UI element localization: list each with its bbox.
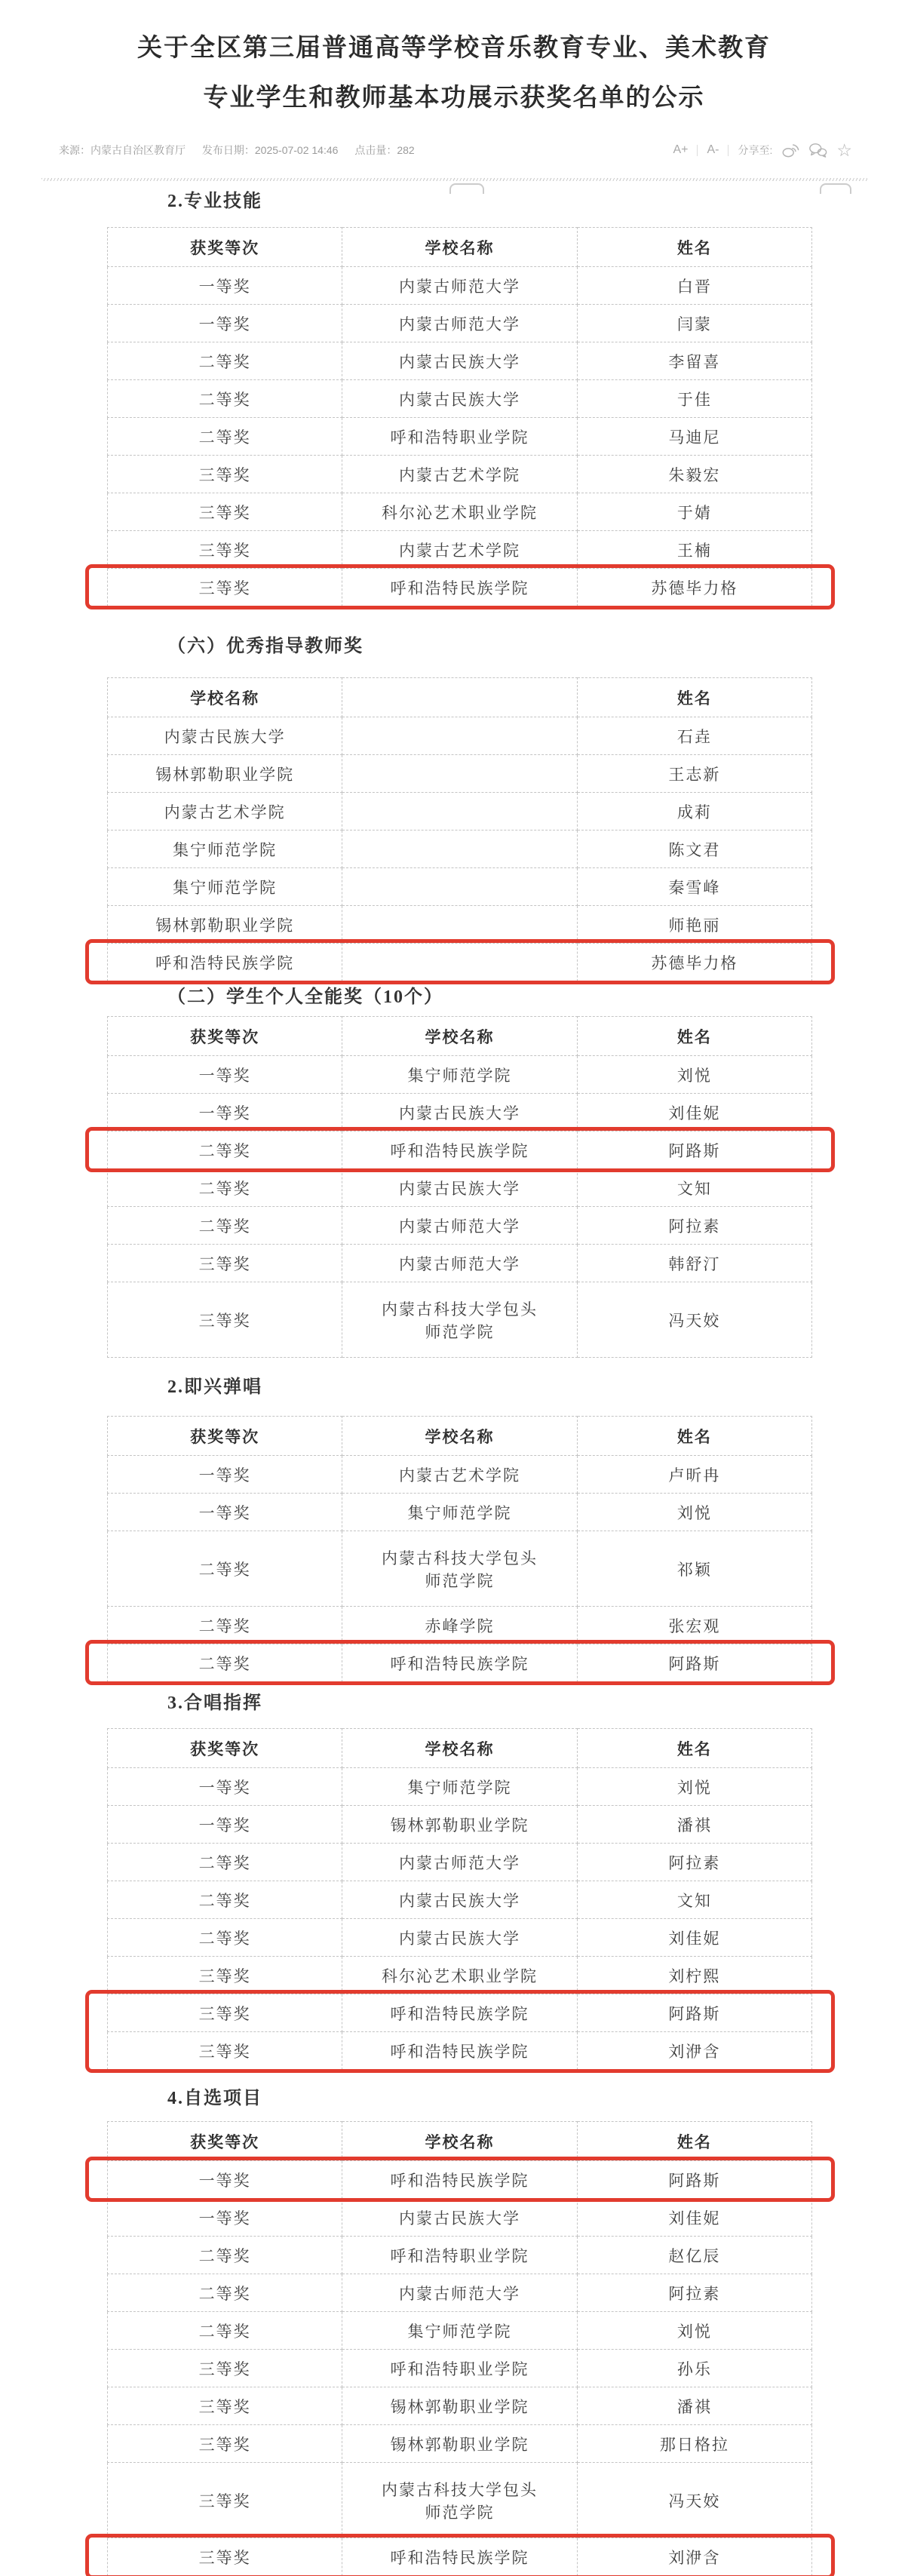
table-cell: 内蒙古艺术学院 bbox=[342, 531, 577, 569]
table-row: 三等奖内蒙古科技大学包头 师范学院冯天姣 bbox=[108, 1282, 812, 1358]
table-cell: 集宁师范学院 bbox=[342, 2312, 577, 2350]
table-cell: 内蒙古艺术学院 bbox=[108, 793, 342, 831]
header-cell: 学校名称 bbox=[342, 1017, 577, 1056]
table-cell: 二等奖 bbox=[108, 2237, 342, 2274]
header-cell: 获奖等次 bbox=[108, 228, 342, 267]
table-row: 一等奖内蒙古师范大学白晋 bbox=[108, 267, 812, 305]
table-cell: 一等奖 bbox=[108, 2199, 342, 2237]
table-cell: 内蒙古民族大学 bbox=[342, 2199, 577, 2237]
table-cell: 锡林郭勒职业学院 bbox=[108, 755, 342, 793]
font-decrease-button[interactable]: A- bbox=[707, 143, 719, 157]
header-cell: 获奖等次 bbox=[108, 1017, 342, 1056]
table-cell: 锡林郭勒职业学院 bbox=[342, 2425, 577, 2463]
table-cell: 阿路斯 bbox=[577, 1131, 811, 1169]
table-cell: 阿拉素 bbox=[577, 1844, 811, 1881]
section-heading: 2.即兴弹唱 bbox=[107, 1376, 812, 1399]
table-cell: 孙乐 bbox=[577, 2350, 811, 2387]
table-cell: 内蒙古师范大学 bbox=[342, 1844, 577, 1881]
table-cell: 文知 bbox=[577, 1881, 811, 1919]
table-row: 一等奖呼和浩特民族学院阿路斯 bbox=[108, 2161, 812, 2199]
table-cell: 内蒙古科技大学包头 师范学院 bbox=[342, 1282, 577, 1358]
header-cell: 学校名称 bbox=[342, 1417, 577, 1456]
header-cell: 学校名称 bbox=[342, 2122, 577, 2161]
table-cell: 祁颖 bbox=[577, 1531, 811, 1607]
header-cell: 学校名称 bbox=[108, 678, 342, 717]
table-cell: 阿路斯 bbox=[577, 2161, 811, 2199]
table-header-row: 获奖等次学校名称姓名 bbox=[108, 1417, 812, 1456]
table-cell bbox=[342, 755, 577, 793]
table-cell: 二等奖 bbox=[108, 1644, 342, 1682]
table-cell: 潘祺 bbox=[577, 1806, 811, 1844]
table-row: 三等奖科尔沁艺术职业学院刘柠熙 bbox=[108, 1957, 812, 1994]
section-heading: （六）优秀指导教师奖 bbox=[107, 635, 812, 658]
table-row: 三等奖内蒙古艺术学院王楠 bbox=[108, 531, 812, 569]
table-cell: 刘佳妮 bbox=[577, 1919, 811, 1957]
table-cell: 二等奖 bbox=[108, 1169, 342, 1207]
table-cell: 锡林郭勒职业学院 bbox=[342, 1806, 577, 1844]
table-row: 三等奖科尔沁艺术职业学院于婧 bbox=[108, 493, 812, 531]
font-increase-button[interactable]: A+ bbox=[673, 143, 688, 157]
table-cell: 二等奖 bbox=[108, 418, 342, 456]
table-cell bbox=[342, 831, 577, 868]
table-cell: 呼和浩特民族学院 bbox=[342, 2032, 577, 2070]
table-row: 三等奖锡林郭勒职业学院那日格拉 bbox=[108, 2425, 812, 2463]
table-cell: 一等奖 bbox=[108, 1094, 342, 1131]
table-cell: 卢昕冉 bbox=[577, 1456, 811, 1494]
table-cell: 二等奖 bbox=[108, 1531, 342, 1607]
table-cell: 一等奖 bbox=[108, 1768, 342, 1806]
table-cell: 二等奖 bbox=[108, 342, 342, 380]
table-cell: 三等奖 bbox=[108, 1282, 342, 1358]
table-cell: 三等奖 bbox=[108, 1957, 342, 1994]
table-cell: 于婧 bbox=[577, 493, 811, 531]
header-cell: 姓名 bbox=[577, 228, 811, 267]
table-cell: 内蒙古民族大学 bbox=[108, 717, 342, 755]
table-cell: 秦雪峰 bbox=[577, 868, 811, 906]
table-cell bbox=[342, 717, 577, 755]
meta-views: 点击量：282 bbox=[354, 144, 414, 156]
table-row: 集宁师范学院陈文君 bbox=[108, 831, 812, 868]
header-cell: 学校名称 bbox=[342, 228, 577, 267]
table-cell: 集宁师范学院 bbox=[342, 1494, 577, 1531]
table-cell bbox=[342, 793, 577, 831]
table-cell: 刘洢含 bbox=[577, 2538, 811, 2576]
table-cell: 王志新 bbox=[577, 755, 811, 793]
table-row: 一等奖内蒙古民族大学刘佳妮 bbox=[108, 1094, 812, 1131]
scan-artifact-tab bbox=[820, 183, 851, 194]
table-cell: 刘悦 bbox=[577, 2312, 811, 2350]
table-row: 一等奖锡林郭勒职业学院潘祺 bbox=[108, 1806, 812, 1844]
table-cell: 刘悦 bbox=[577, 1494, 811, 1531]
table-row: 内蒙古民族大学石垚 bbox=[108, 717, 812, 755]
table-cell: 内蒙古师范大学 bbox=[342, 2274, 577, 2312]
table-cell: 三等奖 bbox=[108, 2032, 342, 2070]
table-cell: 二等奖 bbox=[108, 2274, 342, 2312]
table-cell: 刘悦 bbox=[577, 1056, 811, 1094]
table-cell: 二等奖 bbox=[108, 1881, 342, 1919]
table-cell: 三等奖 bbox=[108, 2425, 342, 2463]
table-row: 二等奖内蒙古民族大学文知 bbox=[108, 1881, 812, 1919]
table-row: 三等奖内蒙古科技大学包头 师范学院冯天姣 bbox=[108, 2463, 812, 2538]
table-header-row: 获奖等次学校名称姓名 bbox=[108, 228, 812, 267]
wechat-icon[interactable] bbox=[808, 142, 827, 158]
table-row: 二等奖内蒙古民族大学刘佳妮 bbox=[108, 1919, 812, 1957]
table-cell: 一等奖 bbox=[108, 2161, 342, 2199]
table-cell: 二等奖 bbox=[108, 1207, 342, 1245]
table-cell: 内蒙古师范大学 bbox=[342, 305, 577, 342]
table-row: 二等奖内蒙古民族大学文知 bbox=[108, 1169, 812, 1207]
table-cell: 刘洢含 bbox=[577, 2032, 811, 2070]
table-row: 锡林郭勒职业学院师艳丽 bbox=[108, 906, 812, 944]
table-cell: 文知 bbox=[577, 1169, 811, 1207]
table-cell: 二等奖 bbox=[108, 1131, 342, 1169]
favorite-star-icon[interactable]: ☆ bbox=[836, 142, 852, 158]
table-cell: 韩舒汀 bbox=[577, 1245, 811, 1282]
header-cell: 姓名 bbox=[577, 2122, 811, 2161]
section-heading: 3.合唱指挥 bbox=[107, 1692, 812, 1715]
award-table-wrap: 学校名称姓名内蒙古民族大学石垚锡林郭勒职业学院王志新内蒙古艺术学院成莉集宁师范学… bbox=[107, 677, 812, 981]
scan-artifact-tab bbox=[449, 183, 484, 194]
table-cell: 二等奖 bbox=[108, 380, 342, 418]
table-cell: 刘柠熙 bbox=[577, 1957, 811, 1994]
table-row: 一等奖集宁师范学院刘悦 bbox=[108, 1494, 812, 1531]
table-cell: 石垚 bbox=[577, 717, 811, 755]
table-cell: 阿路斯 bbox=[577, 1644, 811, 1682]
table-cell: 潘祺 bbox=[577, 2387, 811, 2425]
weibo-icon[interactable] bbox=[781, 142, 799, 158]
award-table-wrap: 获奖等次学校名称姓名一等奖内蒙古艺术学院卢昕冉一等奖集宁师范学院刘悦二等奖内蒙古… bbox=[107, 1416, 812, 1682]
table-cell: 那日格拉 bbox=[577, 2425, 811, 2463]
table-cell: 闫蒙 bbox=[577, 305, 811, 342]
table-row: 内蒙古艺术学院成莉 bbox=[108, 793, 812, 831]
table-cell: 阿拉素 bbox=[577, 2274, 811, 2312]
table-cell: 二等奖 bbox=[108, 1919, 342, 1957]
award-table: 学校名称姓名内蒙古民族大学石垚锡林郭勒职业学院王志新内蒙古艺术学院成莉集宁师范学… bbox=[107, 677, 812, 981]
table-cell: 一等奖 bbox=[108, 1494, 342, 1531]
share-label: 分享至: bbox=[738, 143, 772, 158]
table-cell: 三等奖 bbox=[108, 1994, 342, 2032]
table-cell: 陈文君 bbox=[577, 831, 811, 868]
table-cell: 内蒙古科技大学包头 师范学院 bbox=[342, 1531, 577, 1607]
award-table: 获奖等次学校名称姓名一等奖内蒙古师范大学白晋一等奖内蒙古师范大学闫蒙二等奖内蒙古… bbox=[107, 227, 812, 606]
table-cell: 三等奖 bbox=[108, 2463, 342, 2538]
table-cell: 苏德毕力格 bbox=[577, 569, 811, 606]
table-row: 三等奖呼和浩特民族学院阿路斯 bbox=[108, 1994, 812, 2032]
table-row: 三等奖呼和浩特民族学院刘洢含 bbox=[108, 2032, 812, 2070]
table-cell: 冯天姣 bbox=[577, 1282, 811, 1358]
award-table-wrap: 获奖等次学校名称姓名一等奖内蒙古师范大学白晋一等奖内蒙古师范大学闫蒙二等奖内蒙古… bbox=[107, 227, 812, 606]
table-cell: 二等奖 bbox=[108, 1607, 342, 1644]
table-cell: 呼和浩特职业学院 bbox=[342, 418, 577, 456]
table-cell: 三等奖 bbox=[108, 2538, 342, 2576]
divider bbox=[697, 145, 698, 156]
table-cell: 阿拉素 bbox=[577, 1207, 811, 1245]
table-cell: 内蒙古民族大学 bbox=[342, 1169, 577, 1207]
table-row: 锡林郭勒职业学院王志新 bbox=[108, 755, 812, 793]
table-header-row: 获奖等次学校名称姓名 bbox=[108, 2122, 812, 2161]
table-cell: 内蒙古艺术学院 bbox=[342, 456, 577, 493]
table-cell: 内蒙古师范大学 bbox=[342, 1245, 577, 1282]
table-cell: 呼和浩特职业学院 bbox=[342, 2350, 577, 2387]
table-cell: 集宁师范学院 bbox=[108, 868, 342, 906]
table-cell: 赤峰学院 bbox=[342, 1607, 577, 1644]
table-cell: 三等奖 bbox=[108, 456, 342, 493]
award-table-wrap: 获奖等次学校名称姓名一等奖集宁师范学院刘悦一等奖锡林郭勒职业学院潘祺二等奖内蒙古… bbox=[107, 1728, 812, 2070]
table-cell: 三等奖 bbox=[108, 569, 342, 606]
table-cell: 阿路斯 bbox=[577, 1994, 811, 2032]
table-row: 二等奖呼和浩特民族学院阿路斯 bbox=[108, 1644, 812, 1682]
document-body: 2.专业技能获奖等次学校名称姓名一等奖内蒙古师范大学白晋一等奖内蒙古师范大学闫蒙… bbox=[107, 190, 812, 2576]
header-cell bbox=[342, 678, 577, 717]
table-cell: 内蒙古民族大学 bbox=[342, 380, 577, 418]
page-title-line2: 专业学生和教师基本功展示获奖名单的公示 bbox=[77, 72, 831, 122]
table-header-row: 学校名称姓名 bbox=[108, 678, 812, 717]
table-row: 二等奖赤峰学院张宏观 bbox=[108, 1607, 812, 1644]
table-cell: 一等奖 bbox=[108, 305, 342, 342]
table-cell: 内蒙古师范大学 bbox=[342, 1207, 577, 1245]
table-cell: 锡林郭勒职业学院 bbox=[342, 2387, 577, 2425]
table-cell: 一等奖 bbox=[108, 267, 342, 305]
table-cell: 王楠 bbox=[577, 531, 811, 569]
award-table-wrap: 获奖等次学校名称姓名一等奖集宁师范学院刘悦一等奖内蒙古民族大学刘佳妮二等奖呼和浩… bbox=[107, 1016, 812, 1358]
table-cell: 二等奖 bbox=[108, 1844, 342, 1881]
table-row: 三等奖呼和浩特民族学院苏德毕力格 bbox=[108, 569, 812, 606]
table-header-row: 获奖等次学校名称姓名 bbox=[108, 1729, 812, 1768]
header-cell: 学校名称 bbox=[342, 1729, 577, 1768]
header-cell: 获奖等次 bbox=[108, 1729, 342, 1768]
header-cell: 姓名 bbox=[577, 1017, 811, 1056]
table-cell: 呼和浩特民族学院 bbox=[342, 569, 577, 606]
meta-info: 来源：内蒙古自治区教育厅 发布日期：2025-07-02 14:46 点击量：2… bbox=[59, 143, 428, 158]
table-cell: 于佳 bbox=[577, 380, 811, 418]
table-row: 三等奖呼和浩特职业学院孙乐 bbox=[108, 2350, 812, 2387]
table-row: 二等奖呼和浩特职业学院马迪尼 bbox=[108, 418, 812, 456]
table-cell: 苏德毕力格 bbox=[577, 944, 811, 981]
table-cell: 集宁师范学院 bbox=[342, 1768, 577, 1806]
table-cell: 呼和浩特民族学院 bbox=[342, 1994, 577, 2032]
header-cell: 获奖等次 bbox=[108, 2122, 342, 2161]
table-cell: 呼和浩特职业学院 bbox=[342, 2237, 577, 2274]
table-row: 二等奖内蒙古民族大学于佳 bbox=[108, 380, 812, 418]
table-cell: 内蒙古民族大学 bbox=[342, 1881, 577, 1919]
table-cell: 内蒙古师范大学 bbox=[342, 267, 577, 305]
table-cell: 科尔沁艺术职业学院 bbox=[342, 493, 577, 531]
section-heading: 4.自选项目 bbox=[107, 2087, 812, 2110]
award-table: 获奖等次学校名称姓名一等奖呼和浩特民族学院阿路斯一等奖内蒙古民族大学刘佳妮二等奖… bbox=[107, 2121, 812, 2576]
table-cell: 李留喜 bbox=[577, 342, 811, 380]
table-cell bbox=[342, 868, 577, 906]
table-row: 一等奖集宁师范学院刘悦 bbox=[108, 1768, 812, 1806]
table-row: 一等奖内蒙古师范大学闫蒙 bbox=[108, 305, 812, 342]
section-heading: （二）学生个人全能奖（10个） bbox=[107, 986, 812, 1009]
table-cell: 呼和浩特民族学院 bbox=[342, 1644, 577, 1682]
table-row: 三等奖内蒙古艺术学院朱毅宏 bbox=[108, 456, 812, 493]
table-cell: 三等奖 bbox=[108, 2387, 342, 2425]
table-cell: 刘佳妮 bbox=[577, 2199, 811, 2237]
table-cell: 冯天姣 bbox=[577, 2463, 811, 2538]
table-row: 二等奖内蒙古师范大学阿拉素 bbox=[108, 1844, 812, 1881]
table-row: 一等奖内蒙古艺术学院卢昕冉 bbox=[108, 1456, 812, 1494]
table-row: 二等奖内蒙古民族大学李留喜 bbox=[108, 342, 812, 380]
table-row: 一等奖集宁师范学院刘悦 bbox=[108, 1056, 812, 1094]
table-cell: 一等奖 bbox=[108, 1806, 342, 1844]
table-row: 二等奖集宁师范学院刘悦 bbox=[108, 2312, 812, 2350]
table-cell: 刘悦 bbox=[577, 1768, 811, 1806]
table-cell: 一等奖 bbox=[108, 1456, 342, 1494]
table-row: 二等奖呼和浩特民族学院阿路斯 bbox=[108, 1131, 812, 1169]
table-cell: 二等奖 bbox=[108, 2312, 342, 2350]
table-row: 二等奖内蒙古科技大学包头 师范学院祁颖 bbox=[108, 1531, 812, 1607]
table-cell: 内蒙古民族大学 bbox=[342, 1094, 577, 1131]
table-cell: 呼和浩特民族学院 bbox=[342, 2161, 577, 2199]
table-cell: 锡林郭勒职业学院 bbox=[108, 906, 342, 944]
table-cell: 朱毅宏 bbox=[577, 456, 811, 493]
table-cell: 三等奖 bbox=[108, 2350, 342, 2387]
table-cell: 刘佳妮 bbox=[577, 1094, 811, 1131]
meta-publish-date: 发布日期：2025-07-02 14:46 bbox=[202, 144, 339, 156]
table-cell: 成莉 bbox=[577, 793, 811, 831]
table-cell: 赵亿辰 bbox=[577, 2237, 811, 2274]
table-row: 呼和浩特民族学院苏德毕力格 bbox=[108, 944, 812, 981]
table-header-row: 获奖等次学校名称姓名 bbox=[108, 1017, 812, 1056]
table-cell: 集宁师范学院 bbox=[342, 1056, 577, 1094]
header-divider bbox=[41, 178, 867, 181]
table-cell: 内蒙古艺术学院 bbox=[342, 1456, 577, 1494]
table-cell: 白晋 bbox=[577, 267, 811, 305]
table-cell: 一等奖 bbox=[108, 1056, 342, 1094]
table-cell: 集宁师范学院 bbox=[108, 831, 342, 868]
table-cell: 师艳丽 bbox=[577, 906, 811, 944]
table-cell bbox=[342, 944, 577, 981]
award-table-wrap: 获奖等次学校名称姓名一等奖呼和浩特民族学院阿路斯一等奖内蒙古民族大学刘佳妮二等奖… bbox=[107, 2121, 812, 2576]
table-cell bbox=[342, 906, 577, 944]
table-cell: 呼和浩特民族学院 bbox=[342, 1131, 577, 1169]
table-cell: 内蒙古民族大学 bbox=[342, 1919, 577, 1957]
table-row: 二等奖内蒙古师范大学阿拉素 bbox=[108, 1207, 812, 1245]
page-title: 关于全区第三届普通高等学校音乐教育专业、美术教育 专业学生和教师基本功展示获奖名… bbox=[77, 23, 831, 122]
table-row: 三等奖内蒙古师范大学韩舒汀 bbox=[108, 1245, 812, 1282]
table-row: 一等奖内蒙古民族大学刘佳妮 bbox=[108, 2199, 812, 2237]
table-row: 三等奖呼和浩特民族学院刘洢含 bbox=[108, 2538, 812, 2576]
divider bbox=[728, 145, 729, 156]
table-cell: 内蒙古民族大学 bbox=[342, 342, 577, 380]
table-cell: 内蒙古科技大学包头 师范学院 bbox=[342, 2463, 577, 2538]
table-row: 二等奖呼和浩特职业学院赵亿辰 bbox=[108, 2237, 812, 2274]
table-cell: 科尔沁艺术职业学院 bbox=[342, 1957, 577, 1994]
meta-source: 来源：内蒙古自治区教育厅 bbox=[59, 144, 186, 156]
table-cell: 呼和浩特民族学院 bbox=[108, 944, 342, 981]
table-cell: 马迪尼 bbox=[577, 418, 811, 456]
meta-tools: A+ A- 分享至: ☆ bbox=[673, 142, 852, 158]
table-cell: 三等奖 bbox=[108, 1245, 342, 1282]
table-row: 二等奖内蒙古师范大学阿拉素 bbox=[108, 2274, 812, 2312]
header-cell: 姓名 bbox=[577, 1729, 811, 1768]
table-cell: 三等奖 bbox=[108, 531, 342, 569]
table-cell: 张宏观 bbox=[577, 1607, 811, 1644]
table-cell: 呼和浩特民族学院 bbox=[342, 2538, 577, 2576]
header-cell: 获奖等次 bbox=[108, 1417, 342, 1456]
header-cell: 姓名 bbox=[577, 1417, 811, 1456]
award-table: 获奖等次学校名称姓名一等奖内蒙古艺术学院卢昕冉一等奖集宁师范学院刘悦二等奖内蒙古… bbox=[107, 1416, 812, 1682]
table-cell: 三等奖 bbox=[108, 493, 342, 531]
page-title-line1: 关于全区第三届普通高等学校音乐教育专业、美术教育 bbox=[77, 23, 831, 72]
award-table: 获奖等次学校名称姓名一等奖集宁师范学院刘悦一等奖内蒙古民族大学刘佳妮二等奖呼和浩… bbox=[107, 1016, 812, 1358]
award-table: 获奖等次学校名称姓名一等奖集宁师范学院刘悦一等奖锡林郭勒职业学院潘祺二等奖内蒙古… bbox=[107, 1728, 812, 2070]
table-row: 集宁师范学院秦雪峰 bbox=[108, 868, 812, 906]
table-row: 三等奖锡林郭勒职业学院潘祺 bbox=[108, 2387, 812, 2425]
header-cell: 姓名 bbox=[577, 678, 811, 717]
meta-bar: 来源：内蒙古自治区教育厅 发布日期：2025-07-02 14:46 点击量：2… bbox=[59, 142, 852, 158]
